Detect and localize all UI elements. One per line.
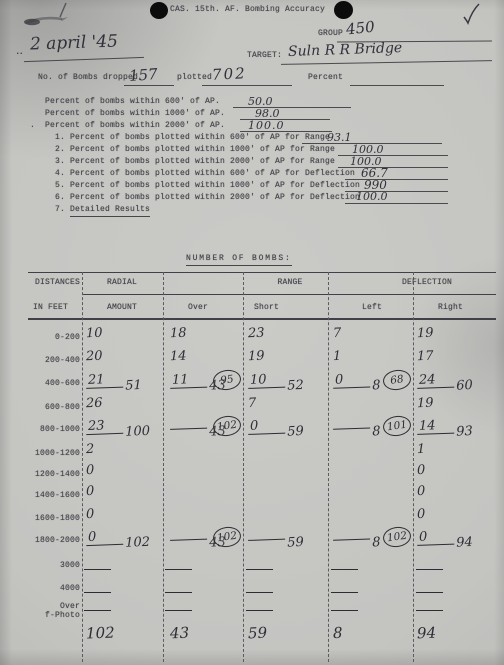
blank-segment xyxy=(331,610,358,611)
table-row: 1200-140000 xyxy=(0,465,504,487)
cumulative-sum: 52 xyxy=(287,378,304,394)
cumulative-sum: 8 xyxy=(372,424,381,439)
cell-over: 43 xyxy=(170,624,190,643)
cell-value: 0 xyxy=(88,530,97,545)
distance-label: 600-800 xyxy=(4,403,80,412)
distance-label: 1800-2000 xyxy=(4,536,80,545)
distance-label: 1600-1800 xyxy=(4,514,80,523)
dropped-blank-line xyxy=(124,85,174,86)
blank-segment xyxy=(84,569,111,570)
cumulative-line xyxy=(333,538,370,540)
col-header-radial: RADIAL xyxy=(90,278,154,288)
cell-amount: 26 xyxy=(86,396,103,412)
blank-segment xyxy=(246,569,273,570)
table-row: 800-1000231004305981493102101 xyxy=(0,420,504,442)
cell-right: 1 xyxy=(417,442,426,457)
line-7-num: 7. xyxy=(55,205,65,215)
cell-value: 0 xyxy=(419,530,428,545)
cell-right: 0 xyxy=(417,463,426,478)
plotted-value: 702 xyxy=(212,66,247,82)
cell-left: 08 xyxy=(333,371,379,389)
line-2-label: Percent of bombs plotted within 1000' of… xyxy=(70,145,335,155)
cumulative-line: 0 xyxy=(333,372,371,389)
date-value: 2 april '45 xyxy=(30,34,118,51)
col-header-distances: DISTANCES xyxy=(6,278,80,288)
cumulative-line xyxy=(248,539,285,541)
table-row: 1000-120021 xyxy=(0,444,504,466)
cell-over: 18 xyxy=(170,326,187,342)
line-2-num: 2. xyxy=(55,145,65,155)
distance-label: Overf-Photo xyxy=(4,602,80,620)
line-3-num: 3. xyxy=(55,157,65,167)
distance-label: 4000 xyxy=(4,584,80,593)
check-mark-icon xyxy=(460,2,482,28)
cell-over: 14 xyxy=(170,349,187,365)
blank-segment xyxy=(416,610,443,611)
plotted-blank-line xyxy=(202,85,292,86)
table-row: 1400-160000 xyxy=(0,486,504,508)
target-value: Suln R R Bridge xyxy=(288,41,403,59)
distance-label: 1400-1600 xyxy=(4,491,80,500)
cell-value: 0 xyxy=(335,372,344,387)
cumulative-line: 21 xyxy=(86,372,124,389)
col-header-deflection: DEFLECTION xyxy=(385,278,469,288)
date-prefix: .. xyxy=(16,44,23,58)
cumulative-sum: 93 xyxy=(456,424,473,440)
col-header-feet: IN FEET xyxy=(6,303,68,313)
col-header-range: RANGE xyxy=(255,278,325,288)
cumulative-sum: 94 xyxy=(456,535,473,551)
col-header-amount: AMOUNT xyxy=(90,303,154,313)
distance-label: 1000-1200 xyxy=(4,449,80,458)
hole-punch-icon xyxy=(150,2,168,19)
target-label: TARGET: xyxy=(247,51,282,61)
blank-segment xyxy=(246,592,273,593)
group-label: GROUP xyxy=(318,29,343,39)
cumulative-line xyxy=(170,428,207,430)
cell-right: 2460 xyxy=(417,371,471,389)
cell-amount: 10 xyxy=(86,326,103,342)
cell-value: 0 xyxy=(250,419,259,434)
cumulative-sum: 100 xyxy=(125,424,150,440)
cell-short: 1052 xyxy=(248,371,302,389)
table-row: 3000 xyxy=(0,556,504,578)
target-blank-line xyxy=(281,60,492,65)
plotted-label: plotted xyxy=(177,73,212,83)
distance-label: 0-200 xyxy=(4,333,80,342)
table-row: 1024359894 xyxy=(0,624,504,646)
table-row: 400-6002151114310520824609568 xyxy=(0,374,504,396)
col-header-over: Over xyxy=(188,303,208,313)
scanned-document: CAS. 15th. AF. Bombing Accuracy GROUP 45… xyxy=(0,0,504,665)
cell-right: 19 xyxy=(417,326,434,342)
cumulative-line: 0 xyxy=(248,418,286,435)
within-1000-label: Percent of bombs within 1000' of AP. xyxy=(45,109,225,119)
distance-label: 1200-1400 xyxy=(4,470,80,479)
cumulative-sum: 59 xyxy=(287,535,304,551)
line-1-value: 93.1 xyxy=(327,131,352,145)
table-row: 1800-2000010243598094102102 xyxy=(0,531,504,553)
blank-segment xyxy=(331,569,358,570)
cell-amount: 20 xyxy=(86,349,103,365)
cell-right: 0 xyxy=(417,507,426,522)
cell-value: 21 xyxy=(88,372,105,388)
cell-short: 19 xyxy=(248,349,265,365)
cell-amount: 0 xyxy=(86,463,95,478)
cell-value: 24 xyxy=(419,372,436,388)
cell-right: 17 xyxy=(417,349,434,365)
line-4-label: Percent of bombs plotted within 600' of … xyxy=(70,169,355,179)
table-row: Overf-Photo xyxy=(0,597,504,619)
cell-value: 14 xyxy=(419,418,436,434)
cell-amount: 0 xyxy=(86,484,95,499)
cumulative-line xyxy=(333,427,370,429)
cell-value: 23 xyxy=(88,418,105,434)
cell-left: 7 xyxy=(333,326,342,341)
distance-label: 3000 xyxy=(4,561,80,570)
cell-short: 59 xyxy=(248,624,268,643)
cell-amount: 23100 xyxy=(86,417,148,435)
table-title: NUMBER OF BOMBS: xyxy=(186,254,292,266)
table-row: 200-400201419117 xyxy=(0,351,504,373)
percent-label: Percent xyxy=(308,73,343,83)
cell-left: 8 xyxy=(333,528,379,545)
blank-segment xyxy=(165,569,192,570)
line-6-label: Percent of bombs plotted within 2000' of… xyxy=(70,193,360,203)
table-row: 0-200101823719 xyxy=(0,328,504,350)
distance-label: 800-1000 xyxy=(4,425,80,434)
blank-segment xyxy=(165,610,192,611)
hole-punch-icon xyxy=(334,1,353,19)
blank-segment xyxy=(416,569,443,570)
cell-right: 0 xyxy=(417,484,426,499)
cell-amount: 102 xyxy=(86,624,115,643)
line-4-num: 4. xyxy=(55,169,65,179)
table-border-header xyxy=(28,318,496,320)
within-600-label: Percent of bombs within 600' of AP. xyxy=(45,97,220,107)
cell-short: 59 xyxy=(248,528,302,545)
cumulative-sum: 102 xyxy=(125,535,150,551)
blank-segment xyxy=(416,592,443,593)
col-header-left: Left xyxy=(362,303,382,313)
cell-short: 23 xyxy=(248,326,265,342)
cell-amount: 2151 xyxy=(86,371,140,389)
blank-segment xyxy=(165,592,192,593)
cell-right: 94 xyxy=(417,624,437,643)
document-title: CAS. 15th. AF. Bombing Accuracy xyxy=(170,5,325,15)
cumulative-line: 23 xyxy=(86,418,124,435)
line-7-label: Detailed Results xyxy=(70,205,150,217)
table-border-top xyxy=(28,272,496,273)
col-header-right: Right xyxy=(438,303,463,313)
cell-amount: 2 xyxy=(86,442,95,457)
cell-left: 1 xyxy=(333,349,342,364)
bombs-dropped-value: 157 xyxy=(129,67,159,83)
cumulative-sum: 8 xyxy=(372,378,381,393)
cumulative-line: 11 xyxy=(170,372,208,389)
cumulative-sum: 8 xyxy=(372,535,381,550)
cumulative-line: 24 xyxy=(417,372,455,389)
line-6-num: 6. xyxy=(55,193,65,203)
percent-blank-line xyxy=(350,85,444,86)
cell-amount: 0102 xyxy=(86,528,148,546)
cell-short: 059 xyxy=(248,417,302,435)
distance-label: 400-600 xyxy=(4,379,80,388)
cell-right: 094 xyxy=(417,528,471,546)
within-2000-label: Percent of bombs within 2000' of AP. xyxy=(45,121,225,131)
cumulative-sum: 60 xyxy=(456,378,473,394)
cell-right: 1493 xyxy=(417,417,471,435)
line-5-label: Percent of bombs plotted within 1000' of… xyxy=(70,181,360,191)
line-1-label: Percent of bombs plotted within 600' of … xyxy=(70,133,330,143)
table-row: 1600-180000 xyxy=(0,509,504,531)
cumulative-sum: 51 xyxy=(125,378,142,394)
cell-right: 19 xyxy=(417,396,434,412)
cumulative-sum: 59 xyxy=(287,424,304,440)
pencil-mark-icon xyxy=(18,0,88,32)
cell-value: 10 xyxy=(250,372,267,388)
blank-segment xyxy=(246,610,273,611)
cumulative-line: 0 xyxy=(417,529,455,546)
cumulative-line: 14 xyxy=(417,418,455,435)
cumulative-line: 0 xyxy=(86,529,124,546)
within-2000-prefix: . xyxy=(30,121,35,131)
cumulative-line xyxy=(170,539,207,541)
table-row: 600-80026719 xyxy=(0,398,504,420)
line-3-label: Percent of bombs plotted within 2000' of… xyxy=(70,157,335,167)
blank-segment xyxy=(331,592,358,593)
line-1-num: 1. xyxy=(55,133,65,143)
line-5-num: 5. xyxy=(55,181,65,191)
cell-value: 11 xyxy=(172,372,189,388)
distance-label: 200-400 xyxy=(4,356,80,365)
cell-short: 7 xyxy=(248,396,257,411)
col-header-short: Short xyxy=(254,303,279,313)
cumulative-line: 10 xyxy=(248,372,286,389)
cell-left: 8 xyxy=(333,417,379,434)
date-underline xyxy=(24,57,144,62)
cell-amount: 0 xyxy=(86,507,95,522)
blank-segment xyxy=(84,592,111,593)
bombs-dropped-label: No. of Bombs dropped xyxy=(38,73,138,83)
group-value: 450 xyxy=(345,20,375,37)
table-border-mid xyxy=(82,294,496,295)
line-6-value: 100.0 xyxy=(356,190,388,204)
cell-left: 8 xyxy=(333,624,343,642)
blank-segment xyxy=(84,610,111,611)
within-2000-value: 100.0 xyxy=(248,119,285,133)
